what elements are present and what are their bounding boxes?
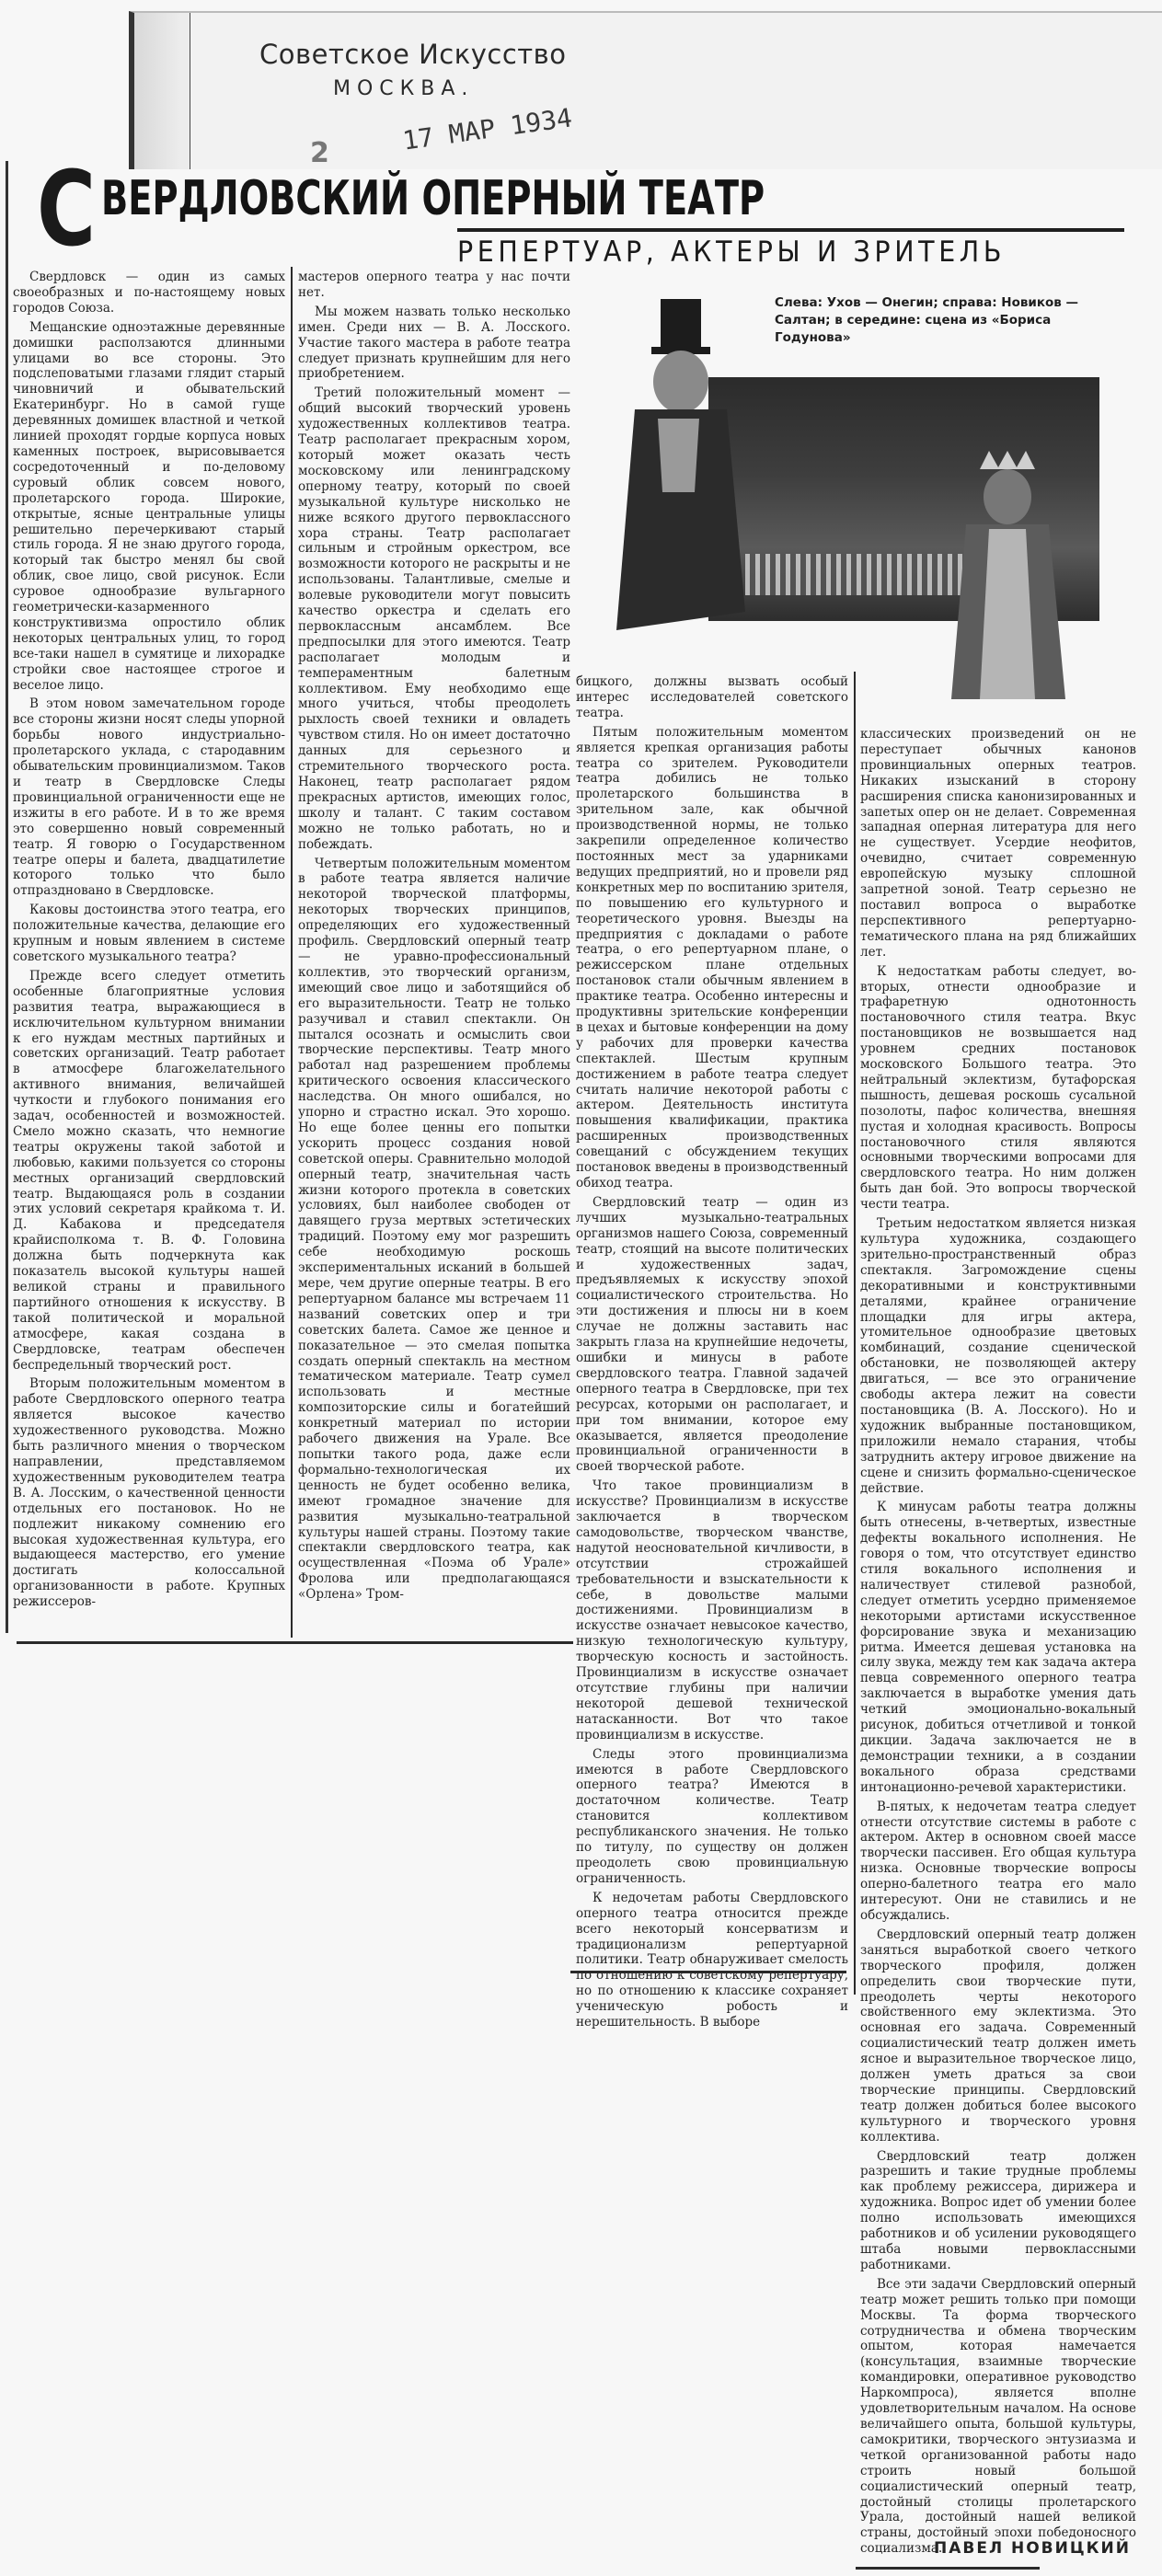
article-paragraph: Четвертым положительным моментом в работ… [298, 857, 570, 1604]
article-paragraph: Вторым положительным моментом в работе С… [13, 1376, 285, 1610]
photo-ukhov-onegin [607, 299, 750, 644]
article-paragraph: Что такое провинциализм в искусстве? Про… [576, 1478, 848, 1742]
article-paragraph: Свердловский оперный театр должен занять… [860, 1927, 1136, 2145]
masthead-panel: Советское Искусство МОСКВА. 2 17 МАР 193… [190, 13, 1162, 169]
article-paragraph: К недостаткам работы следует, во-вторых,… [860, 964, 1136, 1213]
article-paragraph: Каковы достоинства этого театра, его пол… [13, 903, 285, 965]
bottom-rule-middle [570, 1971, 846, 1973]
article-paragraph: В-пятых, к недочетам театра следует отне… [860, 1800, 1136, 1924]
article-paragraph: мастеров оперного театра у нас почти нет… [298, 270, 570, 301]
article-paragraph: Свердловский театр должен разрешить и та… [860, 2149, 1136, 2273]
article-column-2: мастеров оперного театра у нас почти нет… [298, 270, 570, 1606]
article-paragraph: классических произведений он не переступ… [860, 727, 1136, 960]
article-subheadline: РЕПЕРТУАР, АКТЕРЫ И ЗРИТЕЛЬ [457, 236, 1006, 269]
author-signature: ПАВЕЛ НОВИЦКИЙ [934, 2539, 1131, 2558]
newspaper-name: Советское Искусство [259, 39, 567, 70]
article-paragraph: Все эти задачи Свердловский оперный теат… [860, 2277, 1136, 2557]
article-column-1: Свердловск — один из самых своеобразных … [13, 270, 285, 1614]
article-paragraph: Прежде всего следует отметить особенные … [13, 969, 285, 1374]
article-paragraph: Третьим недостатком является низкая куль… [860, 1216, 1136, 1496]
article-paragraph: Третий положительный момент — общий высо… [298, 385, 570, 852]
bottom-rule-left [17, 1641, 573, 1644]
article-paragraph: Свердловский театр — один из лучших музы… [576, 1195, 848, 1475]
column-divider [291, 267, 293, 1638]
bottom-rule-right [856, 2567, 1040, 2570]
article-headline: ВЕРДЛОВСКИЙ ОПЕРНЫЙ ТЕАТР [101, 171, 765, 226]
column-divider [854, 672, 856, 1995]
headline-initial: С [37, 158, 96, 261]
article-header: С ВЕРДЛОВСКИЙ ОПЕРНЫЙ ТЕАТР РЕПЕРТУАР, А… [9, 164, 1150, 251]
article-paragraph: К недочетам работы Свердловского оперног… [576, 1891, 848, 2030]
photo-novikov-saltan [948, 451, 1067, 699]
article-paragraph: Пятым положительным моментом является кр… [576, 725, 848, 1191]
article-paragraph: Мы можем назвать только несколько имен. … [298, 305, 570, 383]
headline-rule [457, 228, 1124, 232]
article-paragraph: В этом новом замечательном городе все ст… [13, 696, 285, 899]
date-stamp: 17 МАР 1934 [401, 102, 574, 155]
article-paragraph: бицкого, должны вызвать особый интерес и… [576, 674, 848, 721]
photo-caption: Слева: Ухов — Онегин; справа: Новиков — … [775, 294, 1087, 347]
article-paragraph: Свердловск — один из самых своеобразных … [13, 270, 285, 316]
article-paragraph: К минусам работы театра должны быть отне… [860, 1500, 1136, 1795]
left-frame-rule [6, 161, 8, 1633]
article-column-3: бицкого, должны вызвать особый интерес и… [576, 674, 848, 2034]
article-paragraph: Мещанские одноэтажные деревянные домишки… [13, 320, 285, 694]
masthead: Советское Искусство МОСКВА. 2 17 МАР 193… [129, 11, 1162, 169]
article-column-4: классических произведений он не переступ… [860, 727, 1136, 2560]
article-paragraph: Следы этого провинциализма имеются в раб… [576, 1747, 848, 1887]
newspaper-city: МОСКВА. [333, 77, 474, 100]
